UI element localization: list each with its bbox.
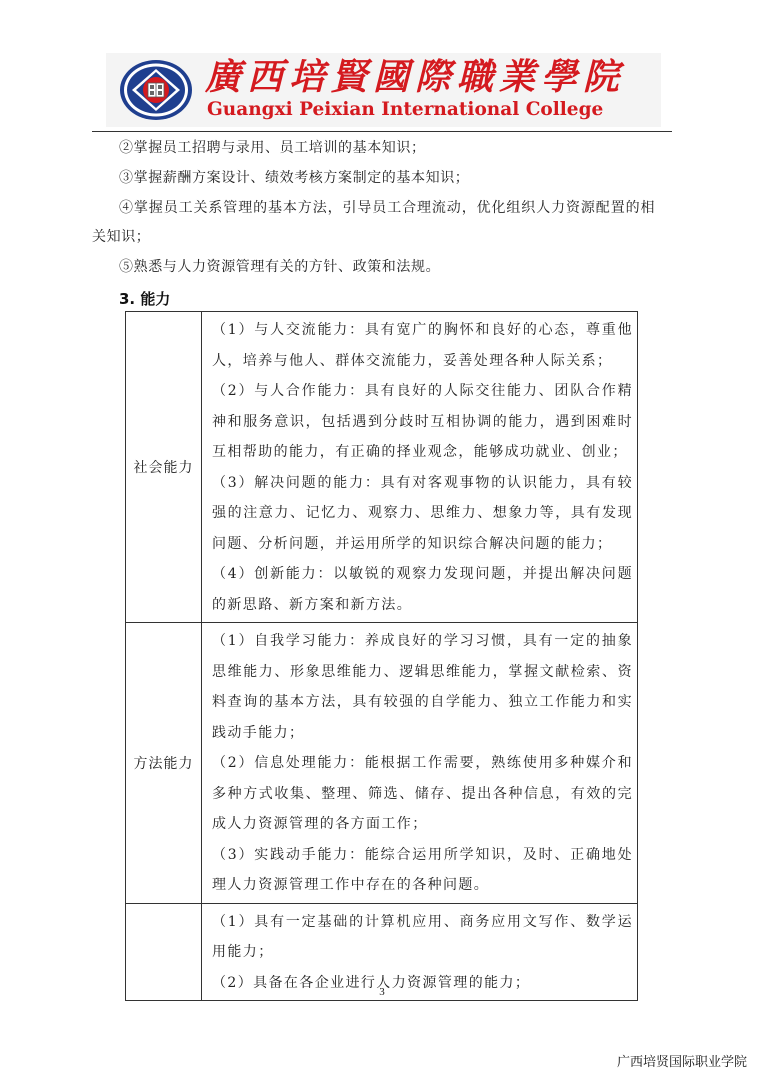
- description-cell: （1）自我学习能力：养成良好的学习习惯，具有一定的抽象思维能力、形象思维能力、逻…: [202, 623, 638, 904]
- ability-item: （2）信息处理能力：能根据工作需要，熟练使用多种媒介和多种方式收集、整理、筛选、…: [212, 748, 633, 840]
- header-divider: [92, 131, 672, 132]
- knowledge-item: ③掌握薪酬方案设计、绩效考核方案制定的基本知识；: [119, 168, 469, 188]
- ability-item: （1）自我学习能力：养成良好的学习习惯，具有一定的抽象思维能力、形象思维能力、逻…: [212, 626, 633, 748]
- knowledge-item: ④掌握员工关系管理的基本方法，引导员工合理流动，优化组织人力资源配置的相: [119, 198, 655, 218]
- category-cell: 方法能力: [126, 623, 202, 904]
- section-heading: 3. 能力: [119, 288, 170, 309]
- ability-item: （3）解决问题的能力：具有对客观事物的认识能力，具有较强的注意力、记忆力、观察力…: [212, 468, 633, 560]
- category-cell: 社会能力: [126, 312, 202, 623]
- footer-institution: 广西培贤国际职业学院: [617, 1051, 747, 1070]
- description-cell: （1）与人交流能力：具有宽广的胸怀和良好的心态，尊重他人，培养与他人、群体交流能…: [202, 312, 638, 623]
- table-row: 社会能力 （1）与人交流能力：具有宽广的胸怀和良好的心态，尊重他人，培养与他人、…: [126, 312, 638, 623]
- ability-item: （4）创新能力：以敏锐的观察力发现问题，并提出解决问题的新思路、新方案和新方法。: [212, 559, 633, 620]
- ability-item: （1）与人交流能力：具有宽广的胸怀和良好的心态，尊重他人，培养与他人、群体交流能…: [212, 315, 633, 376]
- ability-item: （3）实践动手能力：能综合运用所学知识，及时、正确地处理人力资源管理工作中存在的…: [212, 840, 633, 901]
- college-name-cn: 廣西培賢國際職業學院: [205, 56, 655, 98]
- ability-table: 社会能力 （1）与人交流能力：具有宽广的胸怀和良好的心态，尊重他人，培养与他人、…: [125, 311, 638, 1001]
- college-name-en: Guangxi Peixian International College: [207, 98, 647, 122]
- ability-item: （1）具有一定基础的计算机应用、商务应用文写作、数学运用能力；: [212, 907, 633, 968]
- college-seal-icon: [118, 58, 194, 122]
- ability-item: （2）与人合作能力：具有良好的人际交往能力、团队合作精神和服务意识，包括遇到分歧…: [212, 376, 633, 468]
- table-row: 方法能力 （1）自我学习能力：养成良好的学习习惯，具有一定的抽象思维能力、形象思…: [126, 623, 638, 904]
- knowledge-item: ⑤熟悉与人力资源管理有关的方针、政策和法规。: [119, 257, 440, 277]
- knowledge-item-continuation: 关知识；: [92, 227, 150, 247]
- knowledge-item: ②掌握员工招聘与录用、员工培训的基本知识；: [119, 138, 426, 158]
- page-number: 3: [0, 986, 764, 998]
